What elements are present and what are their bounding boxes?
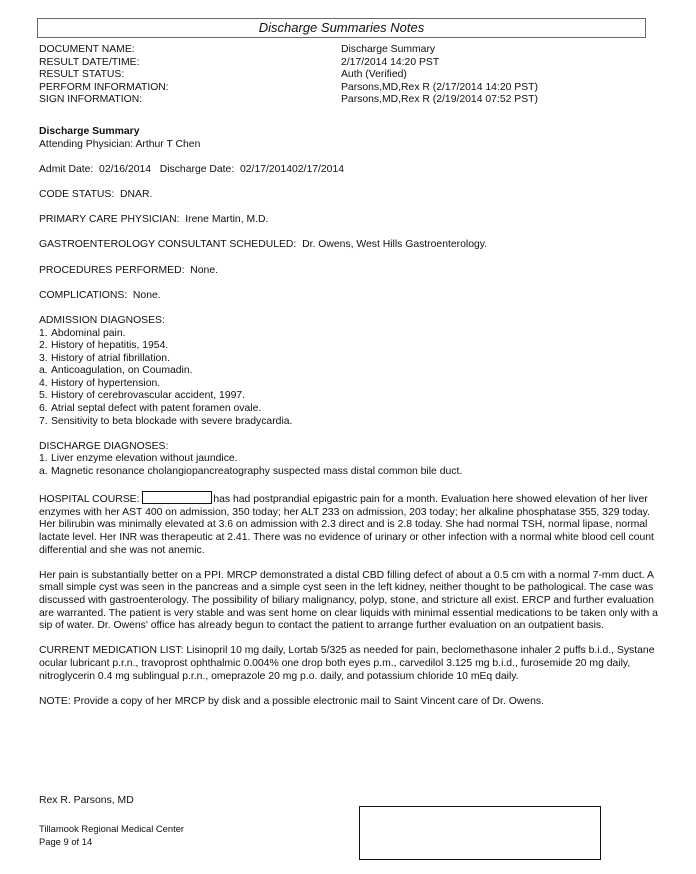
list-item: a.Magnetic resonance cholangiopancreatog… [39, 466, 659, 479]
list-text: Abdominal pain. [51, 328, 126, 339]
metadata-row-document-name: DOCUMENT NAME: Discharge Summary [39, 44, 659, 57]
footer: Tillamook Regional Medical Center Page 9… [39, 823, 184, 848]
list-marker: 4. [39, 378, 51, 391]
list-text: Liver enzyme elevation without jaundice. [51, 453, 238, 464]
document-metadata: DOCUMENT NAME: Discharge Summary RESULT … [39, 44, 659, 107]
current-medication-list: CURRENT MEDICATION LIST: Lisinopril 10 m… [39, 645, 659, 683]
metadata-value: Discharge Summary [341, 44, 435, 57]
page-number: Page 9 of 14 [39, 836, 184, 849]
list-marker: a. [39, 466, 51, 479]
metadata-value: 2/17/2014 14:20 PST [341, 57, 439, 70]
metadata-label: RESULT STATUS: [39, 69, 124, 82]
list-text: Magnetic resonance cholangiopancreatogra… [51, 466, 462, 477]
list-text: History of cerebrovascular accident, 199… [51, 390, 245, 401]
list-marker: 5. [39, 390, 51, 403]
list-marker: 7. [39, 416, 51, 429]
list-text: History of hypertension. [51, 378, 160, 389]
list-item: 1.Liver enzyme elevation without jaundic… [39, 453, 659, 466]
list-text: Sensitivity to beta blockade with severe… [51, 416, 292, 427]
metadata-row-result-status: RESULT STATUS: Auth (Verified) [39, 69, 659, 82]
discharge-diagnoses-list: 1.Liver enzyme elevation without jaundic… [39, 453, 659, 478]
discharge-summary-body: Discharge Summary Attending Physician: A… [39, 126, 659, 708]
admission-diagnoses-list: 1.Abdominal pain. 2.History of hepatitis… [39, 328, 659, 429]
metadata-label: DOCUMENT NAME: [39, 44, 135, 57]
hospital-course-label: HOSPITAL COURSE: [39, 494, 139, 505]
list-text: History of atrial fibrillation. [51, 353, 170, 364]
list-item: 3.History of atrial fibrillation. [39, 353, 659, 366]
procedures-performed: PROCEDURES PERFORMED: None. [39, 265, 659, 278]
document-title: Discharge Summaries Notes [37, 18, 646, 38]
list-item: 6.Atrial septal defect with patent foram… [39, 403, 659, 416]
metadata-label: SIGN INFORMATION: [39, 94, 142, 107]
attending-physician: Attending Physician: Arthur T Chen [39, 139, 659, 152]
list-marker: 2. [39, 340, 51, 353]
list-marker: 1. [39, 328, 51, 341]
summary-heading: Discharge Summary [39, 126, 659, 139]
list-marker: 1. [39, 453, 51, 466]
list-marker: 3. [39, 353, 51, 366]
admit-discharge-dates: Admit Date: 02/16/2014 Discharge Date: 0… [39, 164, 659, 177]
list-text: Atrial septal defect with patent foramen… [51, 403, 261, 414]
list-marker: 6. [39, 403, 51, 416]
list-item: 7.Sensitivity to beta blockade with seve… [39, 416, 659, 429]
metadata-value: Auth (Verified) [341, 69, 407, 82]
discharge-diagnoses-heading: DISCHARGE DIAGNOSES: [39, 441, 659, 454]
admission-diagnoses-heading: ADMISSION DIAGNOSES: [39, 315, 659, 328]
primary-care-physician: PRIMARY CARE PHYSICIAN: Irene Martin, M.… [39, 214, 659, 227]
gi-consultant: GASTROENTEROLOGY CONSULTANT SCHEDULED: D… [39, 239, 659, 252]
metadata-row-sign-information: SIGN INFORMATION: Parsons,MD,Rex R (2/19… [39, 94, 659, 107]
list-item: 5.History of cerebrovascular accident, 1… [39, 390, 659, 403]
metadata-label: RESULT DATE/TIME: [39, 57, 139, 70]
list-item: 4.History of hypertension. [39, 378, 659, 391]
metadata-row-result-datetime: RESULT DATE/TIME: 2/17/2014 14:20 PST [39, 57, 659, 70]
code-status: CODE STATUS: DNAR. [39, 189, 659, 202]
metadata-label: PERFORM INFORMATION: [39, 82, 169, 95]
metadata-row-perform-information: PERFORM INFORMATION: Parsons,MD,Rex R (2… [39, 82, 659, 95]
complications: COMPLICATIONS: None. [39, 290, 659, 303]
redacted-patient-name [142, 491, 212, 504]
list-marker: a. [39, 365, 51, 378]
metadata-value: Parsons,MD,Rex R (2/17/2014 14:20 PST) [341, 82, 538, 95]
note: NOTE: Provide a copy of her MRCP by disk… [39, 696, 659, 709]
metadata-value: Parsons,MD,Rex R (2/19/2014 07:52 PST) [341, 94, 538, 107]
list-item: a.Anticoagulation, on Coumadin. [39, 365, 659, 378]
list-text: Anticoagulation, on Coumadin. [51, 365, 193, 376]
hospital-course-continued: Her pain is substantially better on a PP… [39, 570, 659, 633]
redacted-stamp-box [359, 806, 601, 860]
list-item: 1.Abdominal pain. [39, 328, 659, 341]
organization-name: Tillamook Regional Medical Center [39, 823, 184, 836]
list-item: 2.History of hepatitis, 1954. [39, 340, 659, 353]
signer-name: Rex R. Parsons, MD [39, 795, 134, 807]
hospital-course: HOSPITAL COURSE: has had postprandial ep… [39, 491, 659, 557]
list-text: History of hepatitis, 1954. [51, 340, 168, 351]
